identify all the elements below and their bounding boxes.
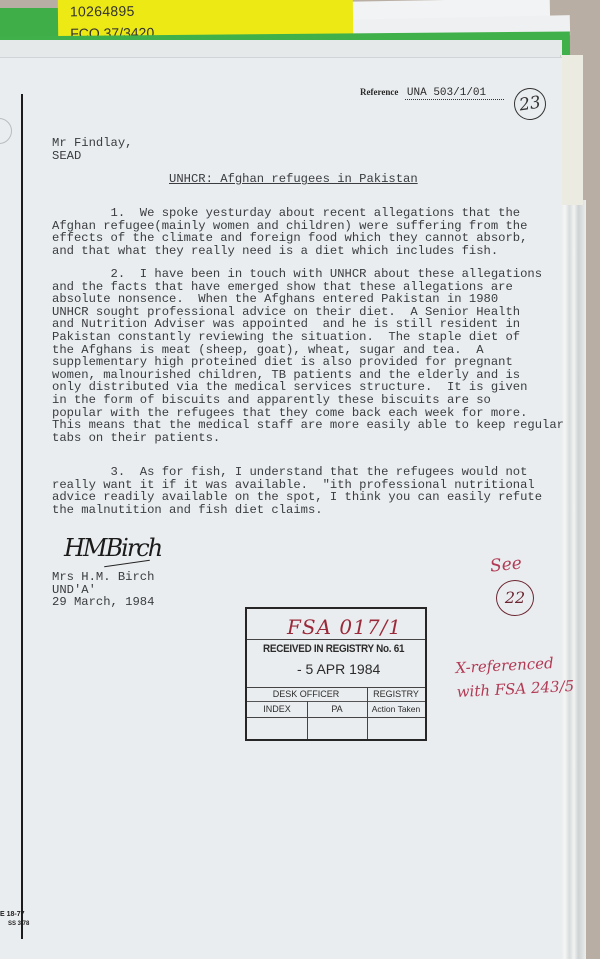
text-line: Mrs H.M. Birch bbox=[52, 571, 154, 584]
text-line: 3. As for fish, I understand that the re… bbox=[52, 466, 542, 479]
stamp-divider bbox=[247, 687, 425, 688]
archive-item-id: 10264895 bbox=[70, 3, 135, 20]
addressee-name: Mr Findlay, bbox=[52, 137, 132, 150]
text-line: 29 March, 1984 bbox=[52, 596, 154, 609]
text-line: 2. I have been in touch with UNHCR about… bbox=[52, 268, 564, 281]
annotation-see: See bbox=[489, 553, 523, 576]
handwritten-signature: HMBirch bbox=[64, 534, 161, 562]
margin-rule bbox=[21, 94, 23, 939]
stamp-pa: PA bbox=[307, 704, 367, 714]
folio-number: 23 bbox=[512, 86, 548, 122]
text-line: Pakistan constantly reviewing the situat… bbox=[52, 331, 564, 344]
annotation-cross-reference: X-referenced with FSA 243/5 bbox=[455, 650, 575, 704]
memo-page: Reference UNA 503/1/01 23 Mr Findlay,SEA… bbox=[0, 58, 562, 959]
stamp-action-taken: Action Taken bbox=[367, 704, 425, 714]
stamp-divider bbox=[307, 701, 308, 739]
stamp-divider bbox=[367, 687, 368, 739]
stamp-date: - 5 APR 1984 bbox=[297, 661, 380, 677]
stamp-divider bbox=[247, 717, 425, 718]
signatory-block: Mrs H.M. BirchUND'A'29 March, 1984 bbox=[52, 571, 154, 609]
reference-value: UNA 503/1/01 bbox=[405, 87, 504, 100]
addressee-department: SEAD bbox=[52, 150, 132, 163]
form-code-line-1: E 18-77 bbox=[0, 911, 25, 918]
paragraph-2: 2. I have been in touch with UNHCR about… bbox=[52, 268, 564, 444]
reference-label: Reference bbox=[360, 87, 398, 97]
addressee: Mr Findlay,SEAD bbox=[52, 137, 132, 162]
text-line: 1. We spoke yesturday about recent alleg… bbox=[52, 207, 527, 220]
text-line: This means that the medical staff are mo… bbox=[52, 419, 564, 432]
annotation-see-folio: 22 bbox=[496, 580, 534, 616]
text-line: tabs on their patients. bbox=[52, 432, 564, 445]
file-tab-strip bbox=[560, 55, 583, 205]
form-code-line-2: SS 3/78 bbox=[8, 921, 29, 927]
stamp-divider bbox=[247, 639, 425, 640]
text-line: advice readily available on the spot, I … bbox=[52, 491, 542, 504]
paragraph-3: 3. As for fish, I understand that the re… bbox=[52, 466, 542, 516]
memo-subject: UNHCR: Afghan refugees in Pakistan bbox=[169, 173, 418, 186]
punch-hole bbox=[0, 118, 12, 144]
stamp-desk-officer: DESK OFFICER bbox=[247, 689, 365, 699]
text-line: and that what they really need is a diet… bbox=[52, 245, 527, 258]
paragraph-1: 1. We spoke yesturday about recent alleg… bbox=[52, 207, 527, 257]
text-line: the malnutition and fish diet claims. bbox=[52, 504, 542, 517]
text-line: supplementary high proteined diet is als… bbox=[52, 356, 564, 369]
stamp-received-text: RECEIVED IN REGISTRY No. 61 bbox=[263, 643, 404, 655]
text-line: effects of the climate and foreign food … bbox=[52, 232, 527, 245]
stamp-index: INDEX bbox=[247, 704, 307, 714]
stamp-file-number: FSA 017/1 bbox=[287, 615, 402, 639]
stamp-registry: REGISTRY bbox=[367, 689, 425, 699]
reference-line: Reference UNA 503/1/01 bbox=[360, 87, 504, 99]
text-line: in the form of biscuits and apparently t… bbox=[52, 394, 564, 407]
text-line: absolute nonsence. When the Afghans ente… bbox=[52, 293, 564, 306]
registry-stamp: FSA 017/1 RECEIVED IN REGISTRY No. 61 - … bbox=[245, 607, 427, 741]
stamp-divider bbox=[247, 701, 425, 702]
